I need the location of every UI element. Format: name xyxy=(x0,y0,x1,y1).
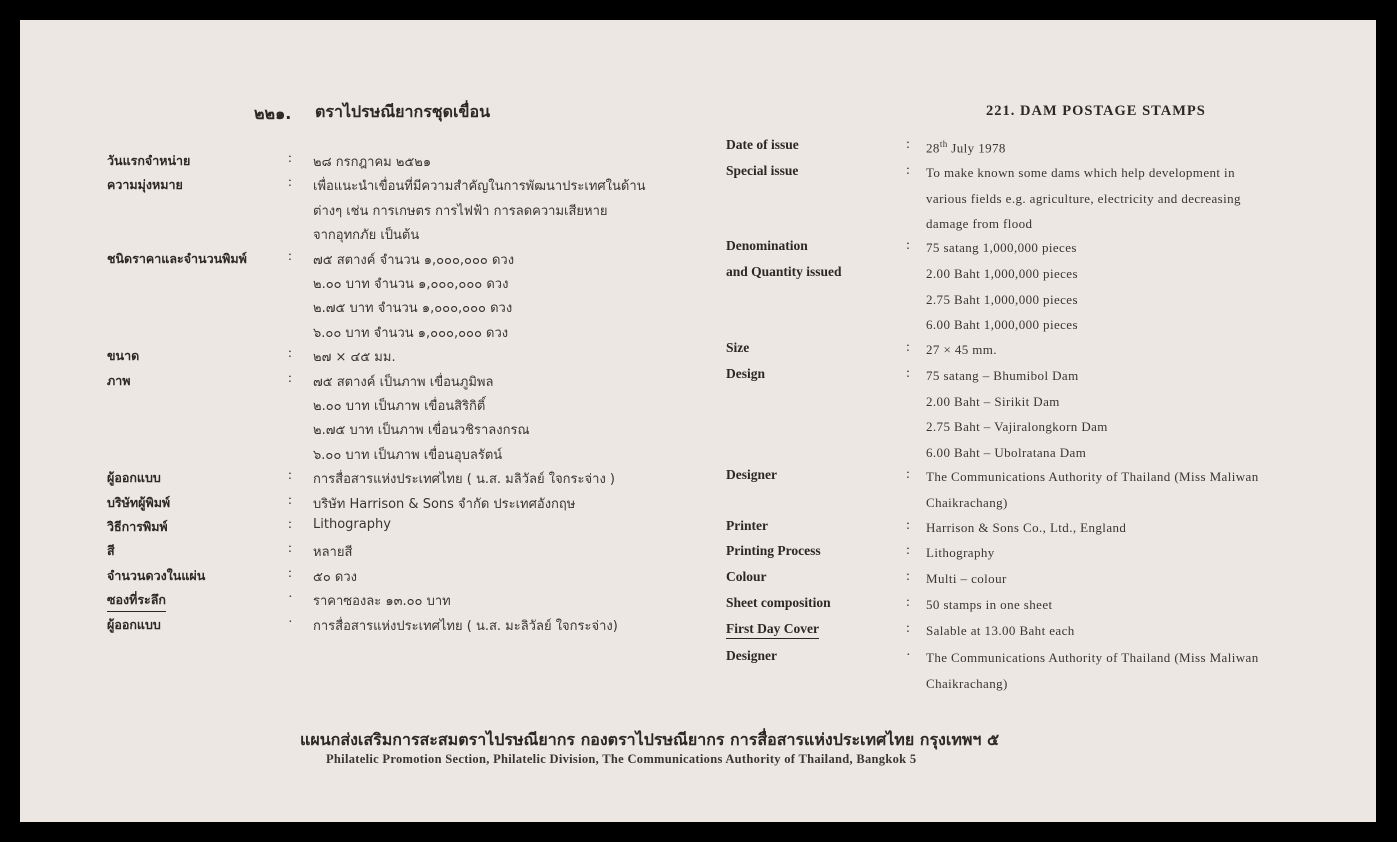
english-label: Denomination xyxy=(726,238,808,254)
english-value: The Communications Authority of Thailand… xyxy=(926,650,1259,666)
english-value: damage from flood xyxy=(926,216,1032,232)
english-value: Chaikrachang) xyxy=(926,676,1008,692)
english-label: Designer xyxy=(726,467,777,483)
thai-value: ๗๕ สตางค์ จำนวน ๑,๐๐๐,๐๐๐ ดวง xyxy=(313,249,514,270)
thai-value: ๕๐ ดวง xyxy=(313,566,357,587)
thai-colon: : xyxy=(288,249,292,265)
english-value: 6.00 Baht – Ubolratana Dam xyxy=(926,445,1086,461)
thai-title: ตราไปรษณียากรชุดเขื่อน xyxy=(315,100,490,125)
thai-value: การสื่อสารแห่งประเทศไทย ( น.ส. มะลิวัลย์… xyxy=(313,615,618,636)
english-colon: : xyxy=(906,467,910,483)
english-value: Harrison & Sons Co., Ltd., England xyxy=(926,520,1126,536)
english-label: Design xyxy=(726,366,765,382)
thai-label: ผู้ออกแบบ xyxy=(107,615,161,635)
english-colon: : xyxy=(906,569,910,585)
english-label: and Quantity issued xyxy=(726,264,842,280)
english-value: 50 stamps in one sheet xyxy=(926,597,1053,613)
english-value: Salable at 13.00 Baht each xyxy=(926,623,1075,639)
english-value: 75 satang – Bhumibol Dam xyxy=(926,368,1079,384)
english-colon: : xyxy=(906,595,910,611)
thai-colon: : xyxy=(288,493,292,509)
thai-value: ๒๘ กรกฎาคม ๒๕๒๑ xyxy=(313,151,431,172)
thai-label: วิธีการพิมพ์ xyxy=(107,517,168,537)
thai-value: เพื่อแนะนำเขื่อนที่มีความสำคัญในการพัฒนา… xyxy=(313,175,646,196)
thai-label: ชนิดราคาและจำนวนพิมพ์ xyxy=(107,249,247,269)
stamp-info-sheet: ๒๒๑. ตราไปรษณียากรชุดเขื่อน 221. DAM POS… xyxy=(20,20,1376,822)
thai-value: ๒๗ × ๔๕ มม. xyxy=(313,346,396,367)
english-colon: : xyxy=(906,518,910,534)
thai-value: ๒.๗๕ บาท จำนวน ๑,๐๐๐,๐๐๐ ดวง xyxy=(313,297,512,318)
english-colon: : xyxy=(906,621,910,637)
thai-value: ๒.๐๐ บาท จำนวน ๑,๐๐๐,๐๐๐ ดวง xyxy=(313,273,508,294)
thai-value: ๒.๐๐ บาท เป็นภาพ เขื่อนสิริกิติ์ xyxy=(313,395,485,416)
thai-label: ขนาด xyxy=(107,346,139,366)
thai-colon: : xyxy=(288,468,292,484)
english-value: 2.00 Baht 1,000,000 pieces xyxy=(926,266,1078,282)
english-value: 28th July 1978 xyxy=(926,139,1006,156)
english-label: Printing Process xyxy=(726,543,821,559)
thai-value: หลายสี xyxy=(313,541,352,562)
thai-value: ต่างๆ เช่น การเกษตร การไฟฟ้า การลดความเส… xyxy=(313,200,608,221)
thai-colon: : xyxy=(288,566,292,582)
thai-value: บริษัท Harrison & Sons จำกัด ประเทศอังกฤ… xyxy=(313,493,575,514)
thai-value: ราคาซองละ ๑๓.๐๐ บาท xyxy=(313,590,451,611)
english-colon: : xyxy=(906,137,910,153)
english-colon: : xyxy=(906,163,910,179)
english-colon: : xyxy=(906,366,910,382)
english-value: The Communications Authority of Thailand… xyxy=(926,469,1259,485)
thai-label: ซองที่ระลึก xyxy=(107,590,166,612)
english-label: Designer xyxy=(726,648,777,664)
english-value: 27 × 45 mm. xyxy=(926,342,997,358)
thai-label: ผู้ออกแบบ xyxy=(107,468,161,488)
thai-value: ๖.๐๐ บาท จำนวน ๑,๐๐๐,๐๐๐ ดวง xyxy=(313,322,508,343)
thai-colon: · xyxy=(288,590,293,606)
thai-value: การสื่อสารแห่งประเทศไทย ( น.ส. มลิวัลย์ … xyxy=(313,468,615,489)
english-value: 2.75 Baht 1,000,000 pieces xyxy=(926,292,1078,308)
thai-value: ๖.๐๐ บาท เป็นภาพ เขื่อนอุบลรัตน์ xyxy=(313,444,502,465)
english-label: Printer xyxy=(726,518,768,534)
english-label: Size xyxy=(726,340,749,356)
thai-value: จากอุทกภัย เป็นต้น xyxy=(313,224,419,245)
english-colon: : xyxy=(906,340,910,356)
english-label: First Day Cover xyxy=(726,621,819,639)
english-value: To make known some dams which help devel… xyxy=(926,165,1235,181)
thai-value: ๒.๗๕ บาท เป็นภาพ เขื่อนวชิราลงกรณ xyxy=(313,419,530,440)
english-label: Colour xyxy=(726,569,767,585)
english-value: 6.00 Baht 1,000,000 pieces xyxy=(926,317,1078,333)
thai-value: ๗๕ สตางค์ เป็นภาพ เขื่อนภูมิพล xyxy=(313,371,493,392)
english-value: Lithography xyxy=(926,545,995,561)
thai-label: จำนวนดวงในแผ่น xyxy=(107,566,205,586)
english-label: Date of issue xyxy=(726,137,799,153)
english-label: Sheet composition xyxy=(726,595,831,611)
thai-label: สี xyxy=(107,541,115,561)
english-value: various fields e.g. agriculture, electri… xyxy=(926,191,1241,207)
thai-colon: : xyxy=(288,371,292,387)
thai-label: ภาพ xyxy=(107,371,131,391)
thai-colon: : xyxy=(288,541,292,557)
english-value: 2.75 Baht – Vajiralongkorn Dam xyxy=(926,419,1108,435)
thai-value: Lithography xyxy=(313,517,391,532)
english-colon: : xyxy=(906,238,910,254)
footer-english: Philatelic Promotion Section, Philatelic… xyxy=(326,752,916,767)
english-value: Chaikrachang) xyxy=(926,495,1008,511)
english-colon: · xyxy=(906,648,911,664)
english-label: Special issue xyxy=(726,163,798,179)
thai-colon: : xyxy=(288,151,292,167)
thai-label: ความมุ่งหมาย xyxy=(107,175,183,195)
thai-label: บริษัทผู้พิมพ์ xyxy=(107,493,170,513)
english-value: 2.00 Baht – Sirikit Dam xyxy=(926,394,1060,410)
thai-colon: : xyxy=(288,175,292,191)
english-title: 221. DAM POSTAGE STAMPS xyxy=(986,103,1206,120)
thai-colon: : xyxy=(288,346,292,362)
thai-label: วันแรกจำหน่าย xyxy=(107,151,190,171)
thai-colon: · xyxy=(288,615,293,631)
thai-colon: : xyxy=(288,517,292,533)
thai-issue-number: ๒๒๑. xyxy=(254,102,291,127)
english-value: Multi – colour xyxy=(926,571,1007,587)
english-value: 75 satang 1,000,000 pieces xyxy=(926,240,1077,256)
english-colon: : xyxy=(906,543,910,559)
footer-thai: แผนกส่งเสริมการสะสมตราไปรษณียากร กองตราไ… xyxy=(300,728,999,753)
